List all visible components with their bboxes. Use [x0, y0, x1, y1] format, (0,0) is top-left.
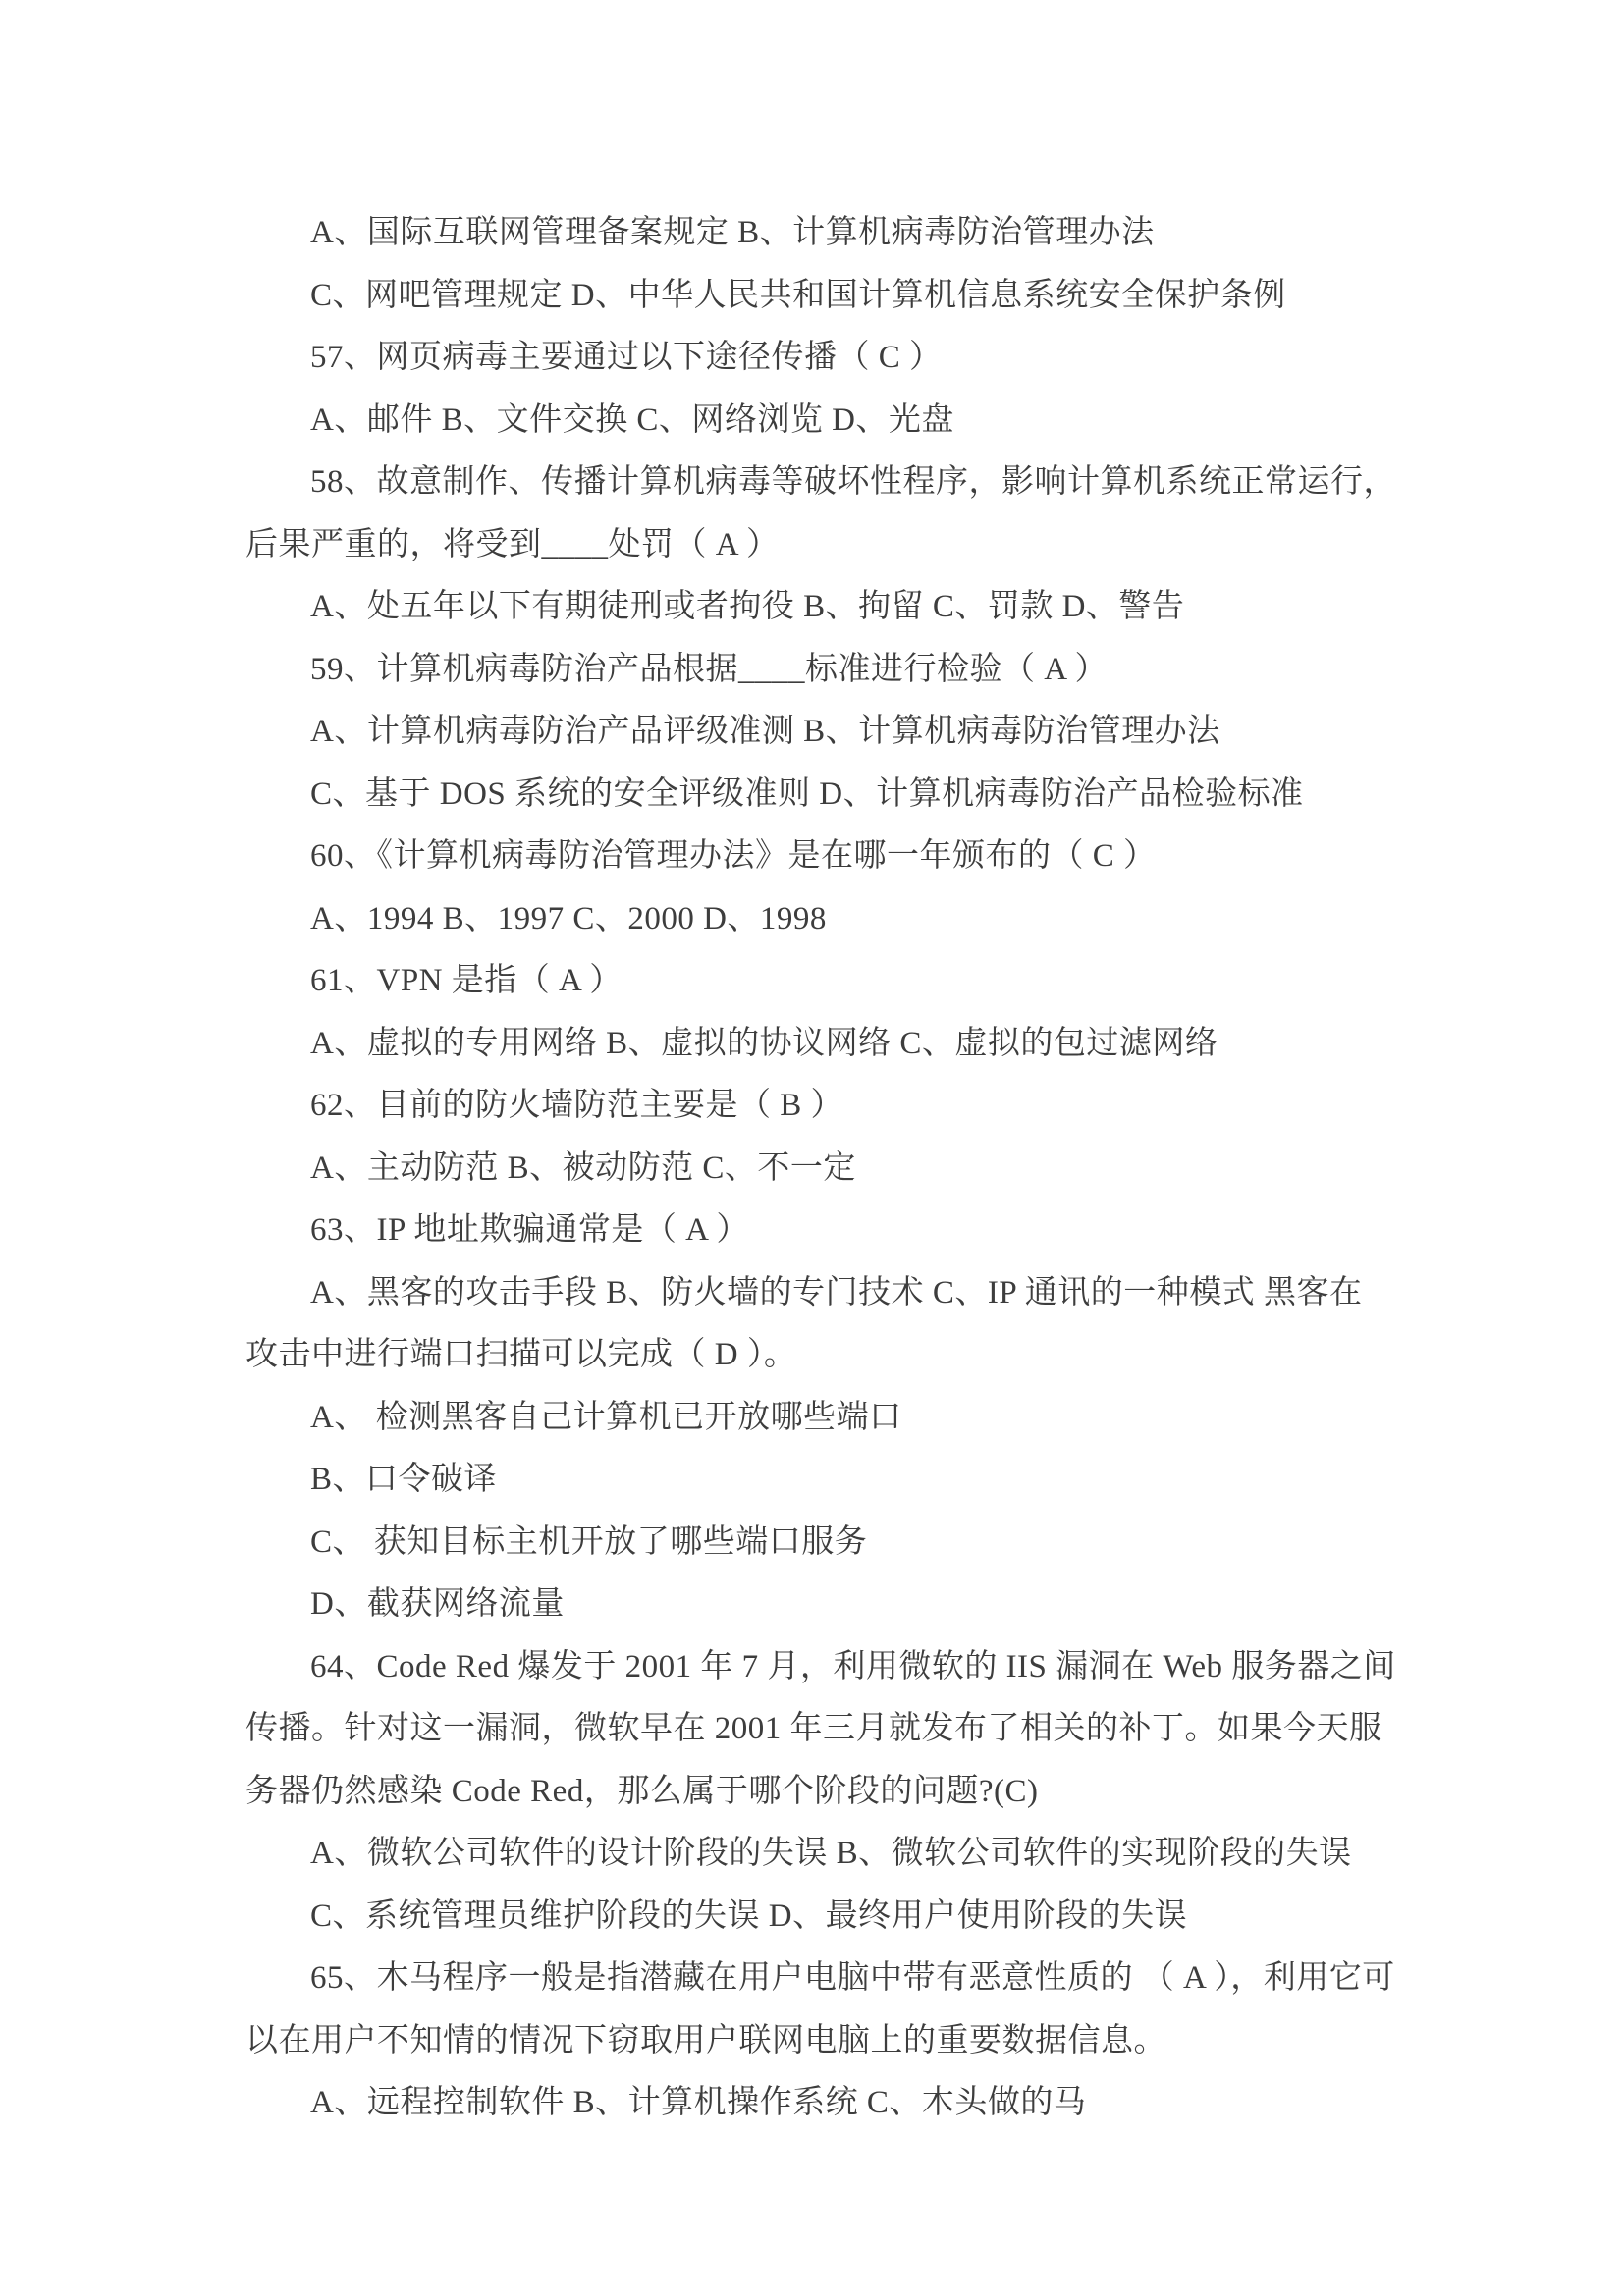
- text-line: A、国际互联网管理备案规定 B、计算机病毒防治管理办法: [245, 202, 1404, 265]
- text-line: A、邮件 B、文件交换 C、网络浏览 D、光盘: [245, 390, 1404, 453]
- text-line: 62、目前的防火墙防范主要是（ B ）: [245, 1075, 1404, 1138]
- text-line: 61、VPN 是指（ A ）: [245, 950, 1404, 1013]
- text-line: C、基于 DOS 系统的安全评级准则 D、计算机病毒防治产品检验标准: [245, 764, 1404, 827]
- text-line: A、计算机病毒防治产品评级准测 B、计算机病毒防治管理办法: [245, 701, 1404, 764]
- text-line: B、口令破译: [245, 1449, 1404, 1512]
- text-line: A、处五年以下有期徒刑或者拘役 B、拘留 C、罚款 D、警告: [245, 576, 1404, 639]
- text-line: 63、IP 地址欺骗通常是（ A ）: [245, 1200, 1404, 1262]
- text-line: C、网吧管理规定 D、中华人民共和国计算机信息系统安全保护条例: [245, 265, 1404, 328]
- text-block: A、国际互联网管理备案规定 B、计算机病毒防治管理办法C、网吧管理规定 D、中华…: [245, 202, 1404, 2135]
- text-line: 58、故意制作、传播计算机病毒等破坏性程序，影响计算机系统正常运行，: [245, 452, 1404, 514]
- text-line: 57、网页病毒主要通过以下途径传播（ C ）: [245, 327, 1404, 390]
- text-line: 64、Code Red 爆发于 2001 年 7 月，利用微软的 IIS 漏洞在…: [245, 1636, 1404, 1699]
- text-line: A、虚拟的专用网络 B、虚拟的协议网络 C、虚拟的包过滤网络: [245, 1013, 1404, 1076]
- text-line: C、系统管理员维护阶段的失误 D、最终用户使用阶段的失误: [245, 1886, 1404, 1949]
- text-line: 65、木马程序一般是指潜藏在用户电脑中带有恶意性质的 （ A ），利用它可: [245, 1948, 1404, 2010]
- text-line: A、微软公司软件的设计阶段的失误 B、微软公司软件的实现阶段的失误: [245, 1823, 1404, 1886]
- text-line: A、1994 B、1997 C、2000 D、1998: [245, 888, 1404, 951]
- text-line: 60、《计算机病毒防治管理办法》是在哪一年颁布的（ C ）: [245, 826, 1404, 888]
- text-line: 传播。针对这一漏洞，微软早在 2001 年三月就发布了相关的补丁。如果今天服: [245, 1698, 1404, 1761]
- text-line: 务器仍然感染 Code Red，那么属于哪个阶段的问题?(C): [245, 1761, 1404, 1824]
- text-line: A、远程控制软件 B、计算机操作系统 C、木头做的马: [245, 2072, 1404, 2135]
- text-line: A、 检测黑客自己计算机已开放哪些端口: [245, 1387, 1404, 1450]
- text-line: A、主动防范 B、被动防范 C、不一定: [245, 1138, 1404, 1201]
- text-line: C、 获知目标主机开放了哪些端口服务: [245, 1512, 1404, 1575]
- text-line: 攻击中进行端口扫描可以完成（ D ）。: [245, 1324, 1404, 1387]
- text-line: A、黑客的攻击手段 B、防火墙的专门技术 C、IP 通讯的一种模式 黑客在: [245, 1262, 1404, 1325]
- document-page: A、国际互联网管理备案规定 B、计算机病毒防治管理办法C、网吧管理规定 D、中华…: [0, 0, 1624, 2296]
- text-line: 后果严重的，将受到____处罚（ A ）: [245, 514, 1404, 577]
- text-line: 以在用户不知情的情况下窃取用户联网电脑上的重要数据信息。: [245, 2010, 1404, 2073]
- text-line: 59、计算机病毒防治产品根据____标准进行检验（ A ）: [245, 639, 1404, 702]
- text-line: D、截获网络流量: [245, 1574, 1404, 1636]
